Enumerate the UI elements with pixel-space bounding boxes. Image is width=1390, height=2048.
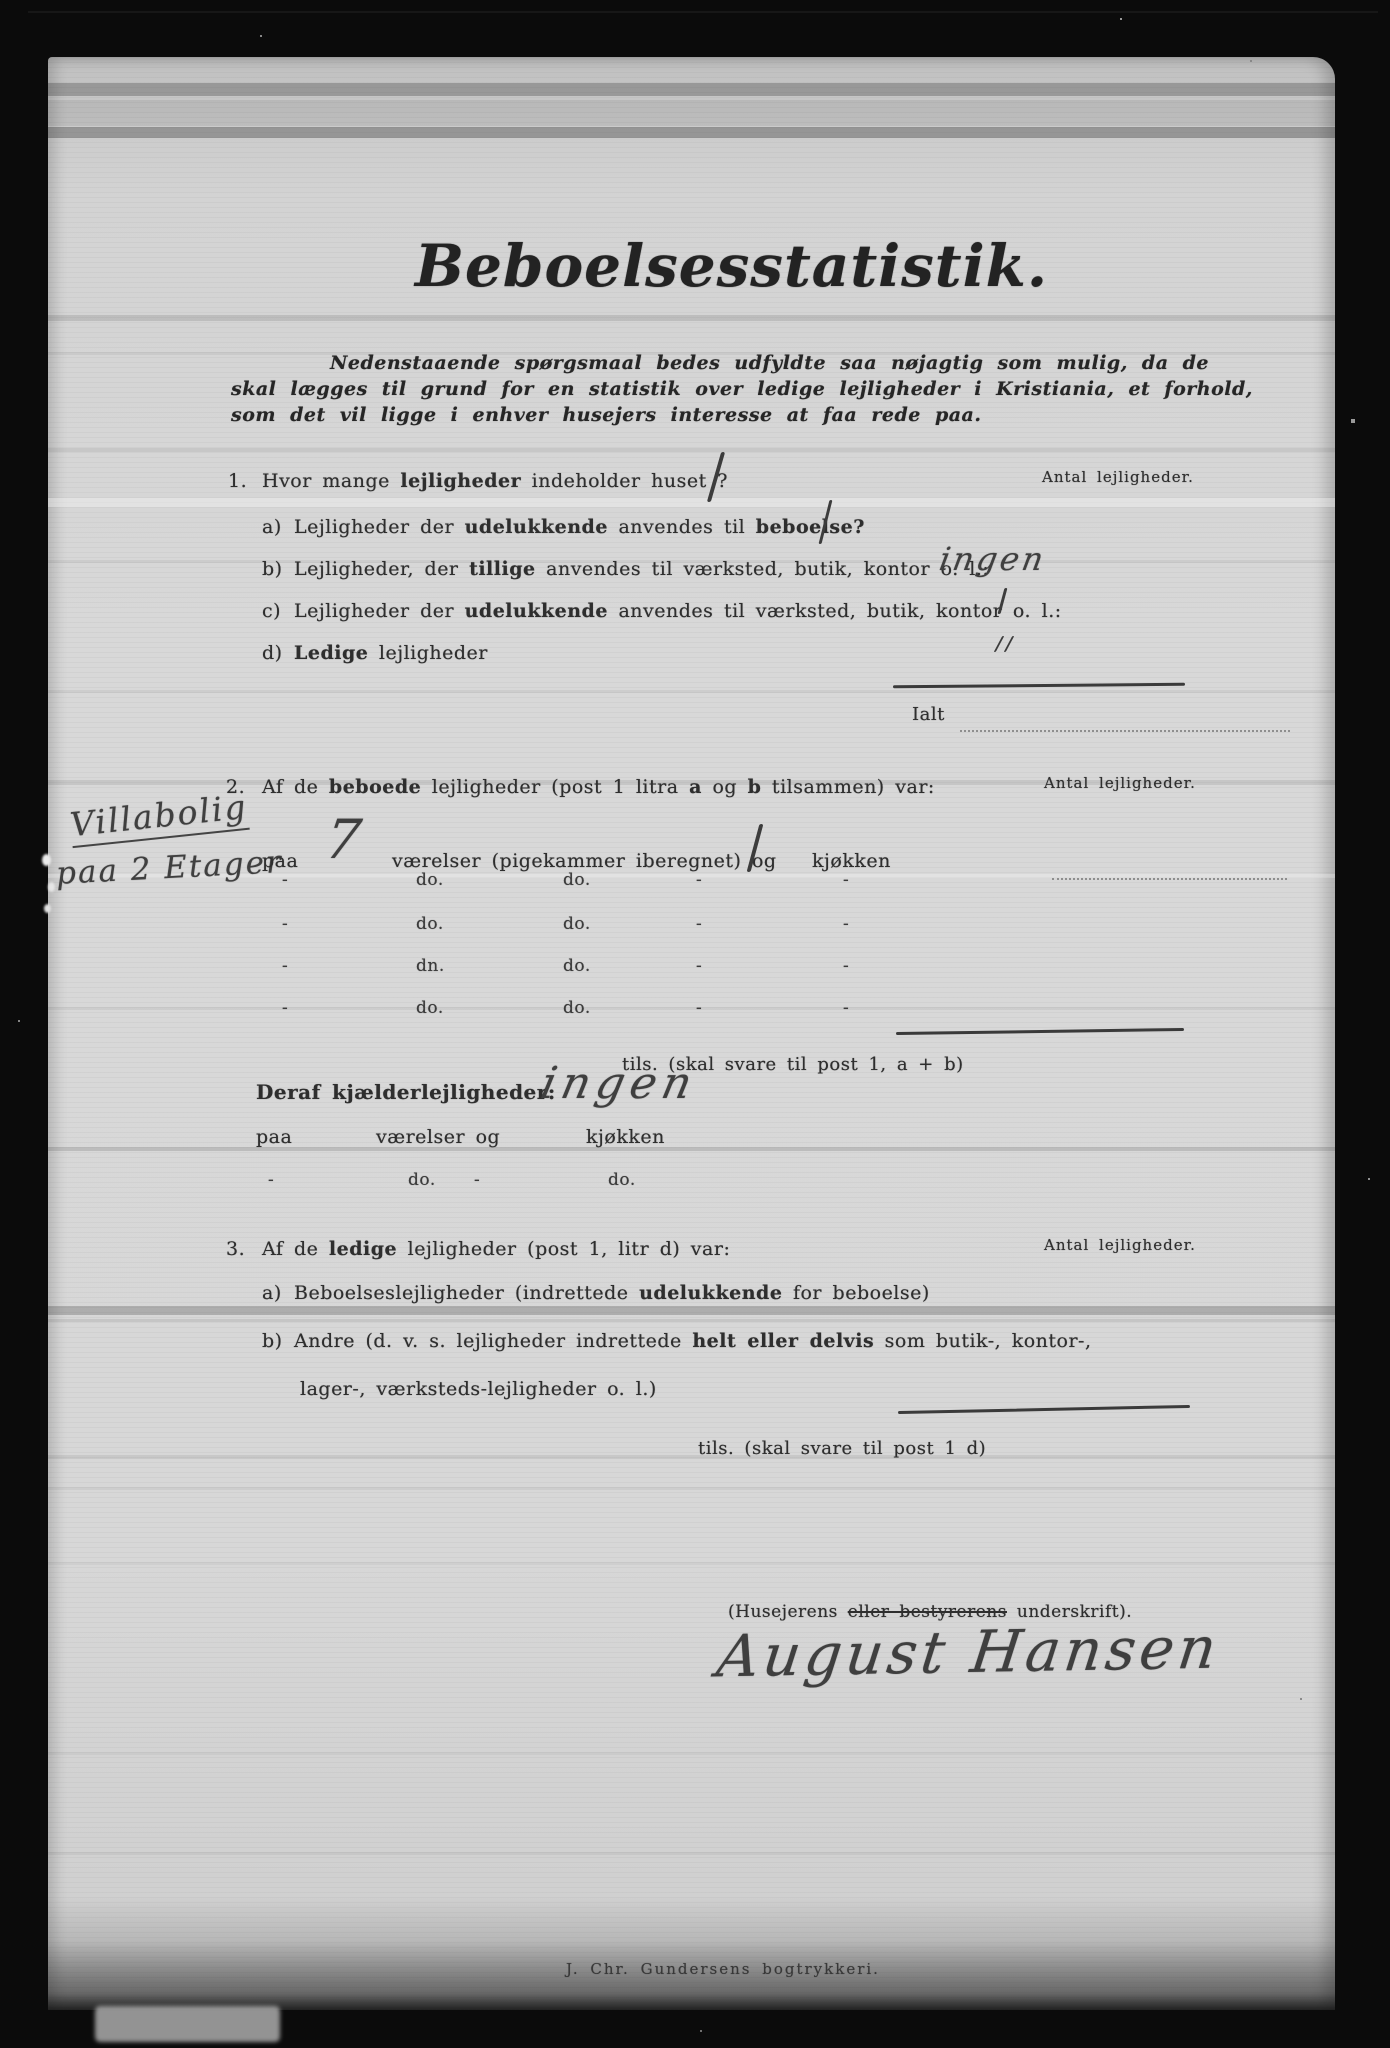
do-cell: - [282,998,288,1018]
item-1c-seg-bold: udelukkende [465,600,608,622]
deraf-label: Deraf kjælderlejligheder: [256,1080,556,1104]
item-3b-text: Andre (d. v. s. lejligheder indrettede h… [294,1330,1092,1352]
do-cell: - [696,998,702,1018]
bottom-shadow [48,1895,1335,2010]
q2-row2-paa: paa [256,1126,292,1148]
question-1-seg: indeholder huset ? [521,470,728,492]
signature-handwriting: August Hansen [713,1614,1224,1691]
item-1c-seg: anvendes til værksted, butik, kontor o. … [608,600,1062,622]
question-3-seg: lejligheder (post 1, litr d) var: [397,1238,730,1260]
do-cell: - [282,914,288,934]
intro-line-1: Nedenstaaende spørgsmaal bedes udfyldte … [330,352,1209,374]
question-3-seg-bold: ledige [329,1238,397,1260]
scan-streak [28,11,1378,13]
question-2-seg-bold: beboede [329,776,421,798]
item-1d-label: d) [262,642,283,664]
do-cell: do. [416,870,444,890]
do-cell: - [282,870,288,890]
scan-fleck [48,882,55,892]
antal-label-3: Antal lejligheder. [1044,1236,1196,1254]
item-3b-seg-bold: helt eller delvis [692,1330,874,1352]
item-1b-seg: Lejligheder, der [294,558,469,580]
q2-row1-paa: paa [262,850,298,872]
q3-tils-text: tils. (skal svare til post 1 d) [698,1438,986,1459]
item-1b-seg-bold: tillige [469,558,536,580]
scanned-document: Beboelsesstatistik. Nedenstaaende spørgs… [0,0,1390,2048]
do-cell: dn. [416,956,445,976]
question-1-seg: Hvor mange [262,470,400,492]
do-cell: do. [563,998,591,1018]
item-3b-line2: lager-, værksteds-lejligheder o. l.) [300,1378,657,1400]
item-3a-seg: Beboelseslejligheder (indrettede [294,1282,639,1304]
do-cell: do. [563,956,591,976]
ialt-dotted-line [960,730,1290,732]
do-cell: do. [608,1170,636,1190]
question-3-number: 3. [226,1238,245,1260]
item-1c-text: Lejligheder der udelukkende anvendes til… [294,600,1062,622]
item-1a-seg-bold: udelukkende [465,516,608,538]
do-cell: - [696,914,702,934]
do-cell: - [843,998,849,1018]
q2-row1-vaerelser: værelser (pigekammer iberegnet) og [392,850,777,872]
form-title: Beboelsesstatistik. [415,232,1048,300]
scan-patch [95,2006,280,2042]
item-1c-seg: Lejligheder der [294,600,465,622]
q2-row2-vaerelser: værelser og [376,1126,500,1148]
item-1a-label: a) [262,516,282,538]
do-cell: do. [416,914,444,934]
item-1b-label: b) [262,558,283,580]
printer-footer: J. Chr. Gundersens bogtrykkeri. [566,1960,880,1978]
question-2-seg: Af de [262,776,329,798]
do-cell: do. [416,998,444,1018]
item-1b-seg: anvendes til værksted, butik, kontor o. … [536,558,990,580]
question-2-seg: lejligheder (post 1 litra [421,776,689,798]
intro-line-3: som det vil ligge i enhver husejers inte… [231,404,981,426]
antal-label-1: Antal lejligheder. [1042,468,1194,486]
handwritten-answer-deraf: ingen [537,1058,703,1109]
dust-specks [1120,18,1122,20]
item-3a-label: a) [262,1282,282,1304]
item-1a-text: Lejligheder der udelukkende anvendes til… [294,516,865,538]
do-cell: - [268,1170,274,1190]
item-1b-text: Lejligheder, der tillige anvendes til væ… [294,558,989,580]
item-1a-seg: anvendes til [608,516,756,538]
q2-row2-kjokken: kjøkken [586,1126,665,1148]
item-3a-seg-bold: udelukkende [639,1282,782,1304]
handwritten-answer-1b: ingen [937,540,1050,578]
question-2-text: Af de beboede lejligheder (post 1 litra … [262,776,935,798]
do-cell: - [843,956,849,976]
question-1-seg-bold: lejligheder [400,470,521,492]
do-cell: - [843,870,849,890]
item-1d-seg-bold: Ledige [294,642,368,664]
do-cell: - [843,914,849,934]
item-3b-seg: Andre (d. v. s. lejligheder indrettede [294,1330,692,1352]
do-cell: - [474,1170,480,1190]
item-1d-text: Ledige lejligheder [294,642,488,664]
do-cell: - [282,956,288,976]
item-1d-seg: lejligheder [368,642,488,664]
do-cell: - [696,870,702,890]
scan-fleck [44,904,51,913]
item-1a-seg: Lejligheder der [294,516,465,538]
scan-fleck [42,854,51,866]
intro-line-2: skal lægges til grund for en statistik o… [231,378,1253,400]
question-3-seg: Af de [262,1238,329,1260]
do-cell: do. [563,914,591,934]
question-2-seg-bold: b [748,776,762,798]
question-1-number: 1. [228,470,247,492]
do-cell: - [696,956,702,976]
question-2-seg: og [702,776,748,798]
item-1c-label: c) [262,600,281,622]
item-1a-seg-bold: beboelse? [756,516,865,538]
item-3b-label: b) [262,1330,283,1352]
ialt-label: Ialt [912,704,945,725]
question-1-text: Hvor mange lejligheder indeholder huset … [262,470,728,492]
do-cell: do. [408,1170,436,1190]
antal-dotted-line [1052,878,1287,880]
do-cell: do. [563,870,591,890]
signature-caption-seg: (Husejerens [728,1602,848,1622]
question-2-seg: tilsammen) var: [761,776,934,798]
paper-sheet [48,57,1335,2010]
question-3-text: Af de ledige lejligheder (post 1, litr d… [262,1238,730,1260]
antal-label-2: Antal lejligheder. [1044,774,1196,792]
item-3a-text: Beboelseslejligheder (indrettede udelukk… [294,1282,930,1304]
question-2-seg-bold: a [689,776,702,798]
q2-row1-kjokken: kjøkken [812,850,891,872]
item-3b-seg: som butik-, kontor-, [874,1330,1091,1352]
item-3a-seg: for beboelse) [782,1282,929,1304]
